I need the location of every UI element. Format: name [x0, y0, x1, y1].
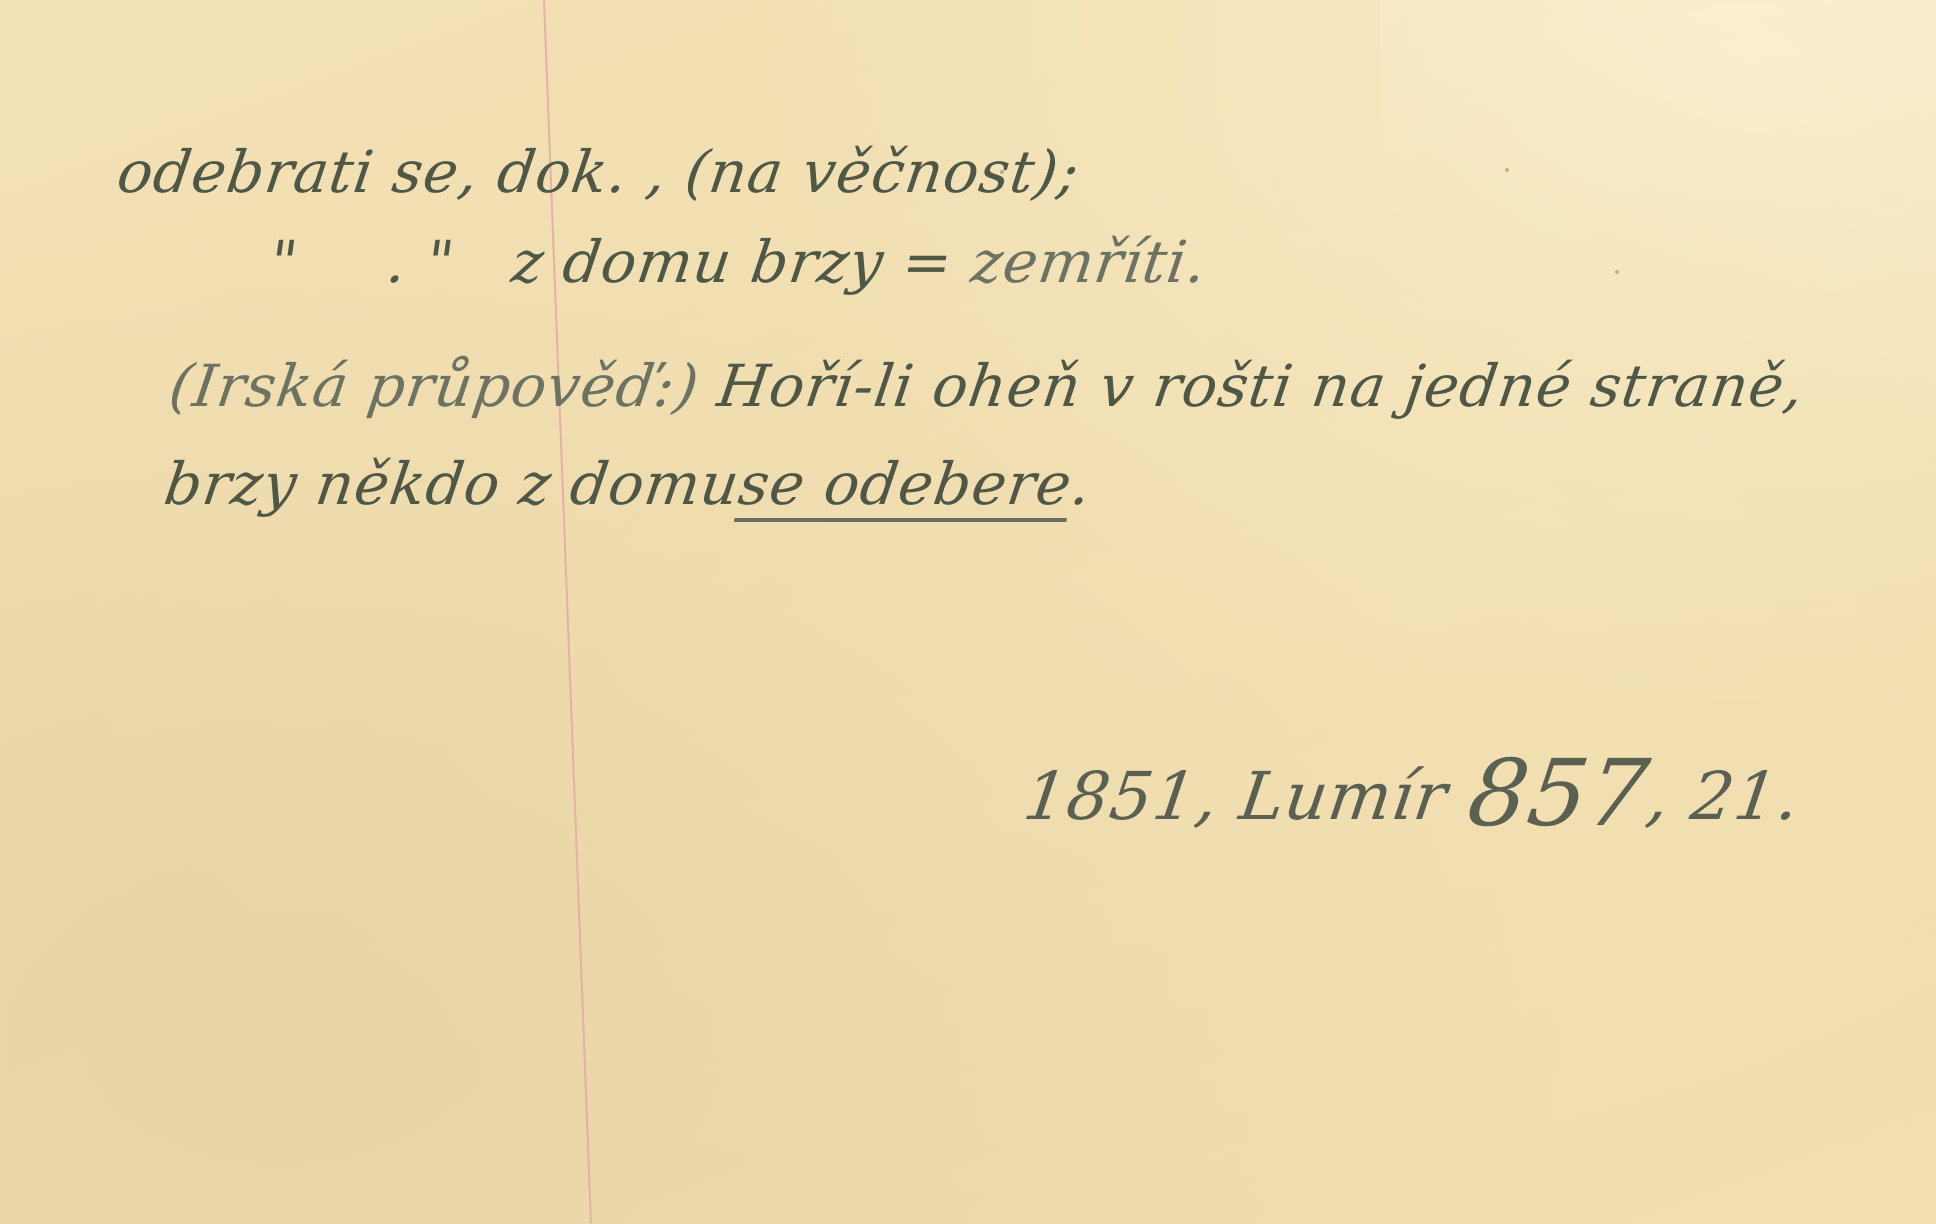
- ditto-mark: ": [422, 228, 459, 296]
- citation-page: , 21.: [1642, 758, 1805, 835]
- citation-volume: 857: [1462, 740, 1656, 847]
- example-text: brzy někdo z domu: [160, 450, 744, 518]
- paper-speck: [1505, 168, 1509, 172]
- paper-speck: [1615, 270, 1619, 274]
- example-line-1: (Irská průpověď:) Hoří-li oheň v rošti n…: [165, 352, 1808, 420]
- sense-note: , (na věčnost);: [642, 138, 1084, 206]
- citation-source: Lumír: [1235, 758, 1452, 835]
- example-source-label: (Irská průpověď:): [165, 352, 703, 420]
- underlined-phrase: se odebere: [735, 450, 1077, 518]
- ditto-mark: ": [265, 228, 302, 296]
- phrase-line: ". " z domu brzy = zemříti.: [265, 228, 1211, 296]
- headword-line: odebrati se, dok. , (na věčnost);: [113, 138, 1084, 206]
- citation: 1851, Lumír 857, 21.: [1017, 740, 1807, 847]
- ditto-dot: .: [383, 228, 412, 296]
- aspect-label: , dok.: [454, 138, 632, 206]
- example-text: Hoří-li oheň v rošti na jedné straně,: [714, 352, 1809, 420]
- citation-year: 1851,: [1019, 758, 1224, 835]
- example-line-2: brzy někdo z domu se odebere.: [160, 450, 1096, 518]
- paper-card: odebrati se, dok. , (na věčnost); ". " z…: [0, 0, 1936, 1224]
- headword: odebrati se: [113, 138, 464, 206]
- phrase: z domu brzy: [508, 228, 889, 296]
- paper-fold-highlight: [1380, 0, 1936, 520]
- equals-sign: =: [898, 228, 957, 296]
- phrase-meaning: zemříti.: [967, 228, 1211, 296]
